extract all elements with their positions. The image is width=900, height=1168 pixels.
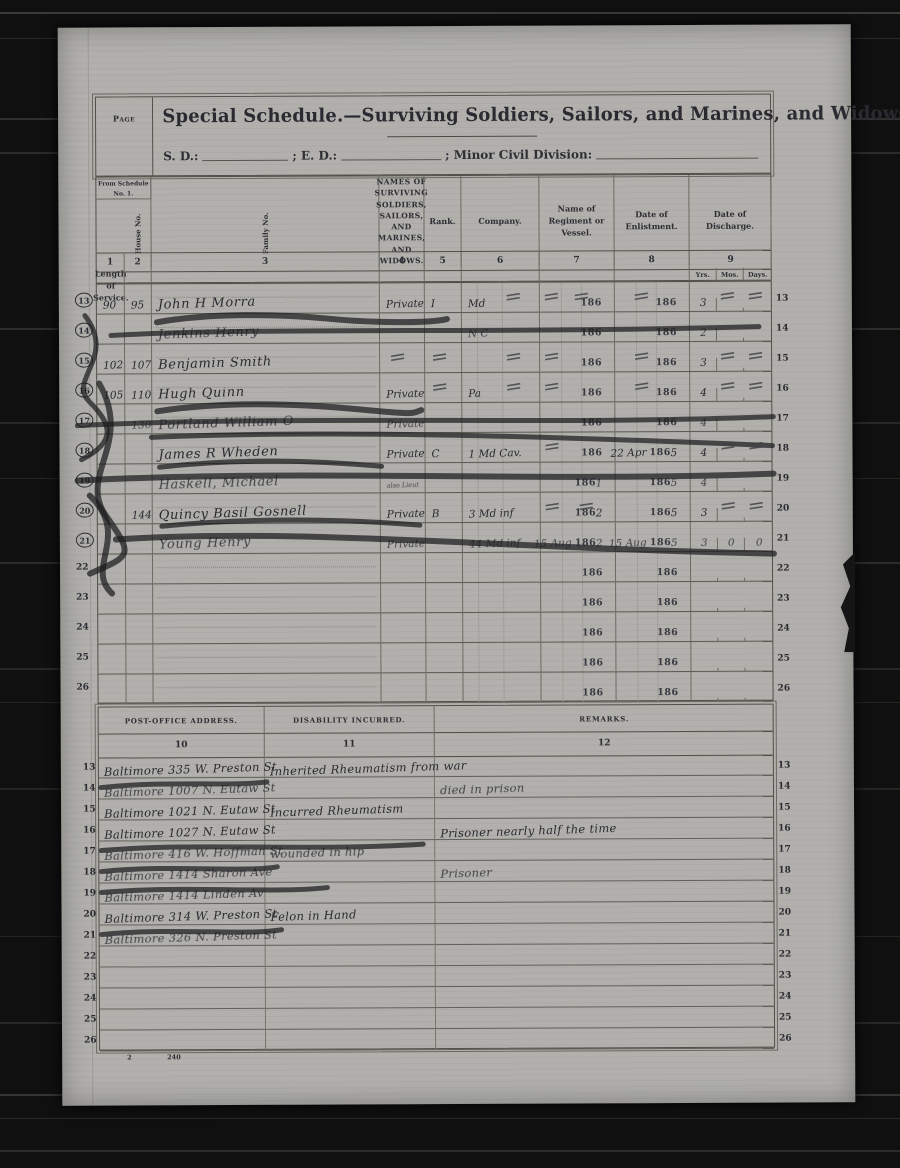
service-mos: [718, 668, 745, 671]
title-area: Special Schedule.—Surviving Soldiers, Sa…: [153, 95, 770, 176]
discharge-handwritten: 15 Aug: [609, 537, 647, 549]
discharge-year-digit: 5: [671, 537, 678, 548]
disability-cell: [265, 819, 435, 840]
disability-cell: [265, 882, 435, 903]
row-number-left-upper: 13: [75, 293, 93, 308]
schedule-row: Young HenryPrivate44 Md inf15 Aug186215 …: [98, 522, 772, 555]
name-cell: Benjamin Smith: [152, 343, 380, 373]
address-row: Baltimore 326 N. Preston St: [100, 923, 774, 947]
form-header-box: Page Special Schedule.—Surviving Soldier…: [95, 94, 771, 177]
schedule-row: Haskell, Michaelalso Lieut186118654: [98, 462, 772, 495]
address-cell: [100, 967, 266, 988]
disability-cell: [265, 777, 435, 798]
paper-tear: [839, 552, 855, 652]
company-cell: [426, 643, 463, 672]
lower-number-cell: 11: [265, 732, 435, 757]
disability-incurred: Incurred Rheumatism: [270, 803, 404, 819]
schedule-note: From Schedule No. 1.: [96, 177, 151, 199]
family-no-cell: 110: [125, 374, 152, 403]
rank-cell: [381, 673, 426, 702]
document-paper: Page Special Schedule.—Surviving Soldier…: [58, 24, 856, 1105]
preprinted-year: 186: [582, 657, 603, 668]
row-number-left-upper: 19: [76, 473, 94, 488]
row-number-right-upper: 13: [776, 294, 789, 304]
row-number-right-upper: 25: [777, 654, 790, 664]
row-number-left-upper: 25: [76, 653, 89, 663]
preprinted-year: 186: [650, 507, 671, 518]
rank-cell: Private: [380, 283, 425, 312]
company-cell: [425, 343, 462, 372]
remarks: Prisoner: [440, 867, 492, 880]
family-no-cell: [126, 464, 153, 493]
post-office-address: Baltimore 1021 N. Eutaw St: [104, 803, 276, 820]
row-number-left-upper: 16: [75, 383, 93, 398]
address-row: Baltimore 1021 N. Eutaw StIncurred Rheum…: [99, 797, 773, 821]
service-yrs: 3: [690, 357, 717, 371]
schedule-row: 186186: [98, 672, 772, 705]
rank: Private: [387, 538, 425, 550]
service-days: [744, 368, 772, 371]
service-days: [745, 458, 773, 461]
row-number-right-upper: 14: [776, 324, 789, 334]
row-number-right-lower: 22: [779, 950, 792, 960]
schedule-row: 102107Benjamin Smith1861863: [97, 342, 771, 375]
service-days-value: 0: [755, 537, 762, 548]
family-no: 130: [131, 420, 151, 431]
title-rule: [387, 136, 537, 140]
post-office-address: Baltimore 1414 Sharon Ave: [104, 866, 273, 883]
regiment-cell: N C: [462, 313, 540, 342]
service-subcolumn: Mos.: [717, 268, 744, 282]
column-number: 5: [440, 256, 446, 266]
family-no-cell: 107: [125, 344, 152, 373]
family-no: 107: [131, 360, 151, 371]
rank-cell: [381, 553, 426, 582]
name-cell: [153, 673, 381, 703]
enlistment-cell: 186: [541, 672, 616, 701]
family-no-cell: [126, 644, 153, 673]
service-cell: 4: [690, 402, 772, 431]
lower-header-cell: DISABILITY INCURRED.: [265, 706, 435, 733]
service-mos: [718, 638, 745, 641]
column-number-cell: 6: [462, 252, 540, 270]
disability-cell: [266, 924, 436, 945]
discharge-cell: 186: [616, 552, 691, 581]
company-cell: [426, 673, 463, 702]
disability-cell: Inherited Rheumatism from war: [265, 756, 435, 777]
row-number-left-lower: 25: [84, 1015, 97, 1025]
regiment: N C: [468, 328, 489, 339]
discharge-cell: 186: [616, 612, 691, 641]
rank: Private: [386, 418, 424, 430]
soldier-name: Benjamin Smith: [158, 355, 272, 372]
preprinted-year: 186: [581, 327, 602, 338]
lower-header-label: DISABILITY INCURRED.: [293, 715, 405, 724]
soldier-name: Young Henry: [159, 536, 251, 552]
regiment: 3 Md inf: [469, 508, 514, 520]
preprinted-year: 186: [656, 387, 677, 398]
row-number-right-upper: 22: [777, 564, 790, 574]
soldier-name: Quincy Basil Gosnell: [159, 505, 307, 523]
name-cell: Quincy Basil Gosnell: [153, 493, 381, 523]
row-number-left-upper: 21: [76, 533, 94, 548]
service-days: [745, 638, 773, 641]
subheader-blank: [125, 270, 152, 284]
rank-cell: [380, 313, 425, 342]
scanned-document-background: Page Special Schedule.—Surviving Soldier…: [0, 0, 900, 1168]
discharge-cell: 1865: [616, 492, 691, 521]
service-days: [745, 578, 773, 581]
service-cell: 300: [691, 522, 773, 551]
house-no: 105: [103, 390, 123, 401]
discharge-cell: 186: [616, 582, 691, 611]
rank-cell: [381, 643, 426, 672]
company-cell: [426, 523, 463, 552]
preprinted-year: 186: [649, 447, 670, 458]
family-no: 144: [132, 510, 152, 521]
discharge-cell: 186: [616, 672, 691, 701]
sd-blank: [202, 150, 288, 161]
rank-cell: Private: [380, 403, 425, 432]
service-yrs-value: 4: [700, 417, 707, 428]
remarks-cell: [435, 797, 774, 818]
remarks-cell: [435, 755, 774, 776]
family-no: 110: [131, 390, 151, 401]
service-mos: [717, 398, 744, 401]
upper-table-rows: 9095John H MorraPrivateIMd1861863Jenkins…: [96, 281, 774, 704]
enlistment-handwritten: 15 Aug: [534, 537, 572, 549]
preprinted-year: 186: [582, 687, 603, 698]
column-number-cell: 7: [540, 251, 615, 269]
enlistment-cell: 15 Aug1862: [541, 522, 616, 551]
row-number-right-lower: 26: [779, 1034, 792, 1044]
row-number-left-lower: 22: [84, 952, 97, 962]
remarks-cell: [436, 986, 775, 1007]
row-number-left-lower: 23: [84, 973, 97, 983]
company-cell: I: [425, 283, 462, 312]
remarks-cell: [436, 1007, 775, 1028]
row-number-left-lower: 16: [83, 826, 96, 836]
regiment-cell: [463, 583, 541, 612]
column-number: 6: [497, 256, 503, 266]
mcd-label: ; Minor Civil Division:: [445, 147, 592, 162]
company-cell: [426, 553, 463, 582]
preprinted-year: 186: [655, 297, 676, 308]
row-number-left-upper: 14: [75, 323, 93, 338]
row-number-left-lower: 19: [83, 889, 96, 899]
house-no-cell: [98, 494, 126, 523]
service-cell: 3: [691, 492, 773, 521]
service-yrs-value: 3: [700, 507, 707, 518]
rank: also Lieut: [387, 482, 420, 490]
disability-cell: [266, 1008, 436, 1029]
preprinted-year: 186: [575, 537, 596, 548]
post-office-address: Baltimore 1414 Linden Av: [104, 887, 264, 904]
column-number: 8: [649, 255, 655, 265]
scan-streak: [0, 1150, 900, 1152]
row-number-left-lower: 20: [84, 910, 97, 920]
regiment-cell: [463, 643, 541, 672]
company-cell: [426, 583, 463, 612]
regiment-cell: [463, 553, 541, 582]
regiment-cell: Md: [462, 283, 540, 312]
page-cell: Page: [96, 97, 153, 175]
house-no-cell: [97, 404, 125, 433]
service-cell: [691, 642, 773, 671]
service-cell: 3: [690, 282, 772, 311]
column-number: 4: [399, 256, 405, 266]
address-cell: [100, 988, 266, 1009]
regiment: 44 Md inf: [469, 538, 521, 550]
scan-streak: [0, 12, 900, 14]
company-cell: [425, 373, 462, 402]
lower-table-rows: Baltimore 335 W. Preston StInherited Rhe…: [99, 755, 774, 1052]
rank-cell: Private: [381, 493, 426, 522]
lower-header-label: POST-OFFICE ADDRESS.: [125, 715, 238, 724]
row-number-right-upper: 21: [777, 534, 790, 544]
schedule-row: 130Portland William OPrivate1861864: [97, 402, 771, 435]
enlistment-year-digit: 2: [596, 538, 603, 549]
regiment-cell: [462, 403, 540, 432]
company: B: [432, 508, 440, 519]
discharge-year-digit: 5: [671, 507, 678, 518]
column-header-label: Name of Regiment or Vessel.: [539, 202, 613, 238]
service-mos: [719, 698, 746, 701]
company-cell: [425, 403, 462, 432]
lower-column-number: 10: [175, 740, 188, 750]
column-header-label: Company.: [474, 215, 525, 227]
preprinted-year: 186: [575, 507, 596, 518]
row-number-right-lower: 21: [779, 929, 792, 939]
regiment: 1 Md Cav.: [468, 447, 521, 459]
service-yrs: 3: [691, 537, 718, 551]
remarks-cell: [435, 881, 774, 902]
company-cell: [426, 463, 463, 492]
service-cell: [691, 552, 773, 581]
column-number-cell: 9: [690, 251, 772, 269]
family-no-cell: [126, 614, 153, 643]
row-number-right-upper: 19: [777, 474, 790, 484]
address-cell: Baltimore 326 N. Preston St: [100, 925, 266, 946]
soldier-name: John H Morra: [158, 296, 256, 312]
row-number-left-upper: 26: [77, 683, 90, 693]
service-yrs: 4: [690, 447, 717, 461]
row-number-right-lower: 24: [779, 992, 792, 1002]
schedule-row: Jenkins HenryN C1861862: [97, 312, 771, 345]
service-mos: [718, 488, 745, 491]
regiment-cell: 1 Md Cav.: [462, 433, 540, 462]
enlistment-cell: 1861: [541, 462, 616, 491]
column-labels: From Schedule No. 1. House No.Family No.…: [96, 175, 770, 253]
discharge-year-digit: 5: [671, 477, 678, 488]
lower-column-number: 11: [343, 739, 356, 749]
service-yrs: [691, 608, 718, 611]
address-cell: Baltimore 416 W. Hoffman St: [99, 841, 265, 862]
family-no-cell: [126, 674, 153, 703]
service-days: [745, 518, 773, 521]
disability-cell: [266, 987, 436, 1008]
service-subcolumn-label: Yrs.: [696, 271, 710, 279]
service-days: [746, 698, 774, 701]
house-no-cell: [98, 554, 126, 583]
company: C: [431, 448, 439, 459]
lower-table: POST-OFFICE ADDRESS.DISABILITY INCURRED.…: [98, 704, 775, 1051]
remarks-cell: Prisoner: [435, 860, 774, 881]
row-number-right-lower: 17: [778, 845, 791, 855]
address-cell: Baltimore 1414 Sharon Ave: [99, 862, 265, 883]
preprinted-year: 186: [580, 297, 601, 308]
post-office-address: Baltimore 314 W. Preston St: [104, 908, 277, 925]
disability-cell: [266, 1029, 436, 1050]
column-number: 9: [728, 255, 734, 265]
enlistment-cell: 186: [540, 402, 615, 431]
address-row: Baltimore 1007 N. Eutaw Stdied in prison: [99, 776, 773, 800]
name-cell: John H Morra: [152, 283, 380, 313]
house-no-cell: 102: [97, 344, 125, 373]
name-cell: James R Wheden: [152, 433, 380, 463]
service-yrs: [691, 578, 718, 581]
soldier-name: Portland William O: [158, 415, 294, 432]
rank-cell: [381, 613, 426, 642]
company-cell: C: [425, 433, 462, 462]
regiment-cell: 44 Md inf: [463, 523, 541, 552]
column-number: 1: [107, 257, 113, 267]
service-days: [744, 398, 772, 401]
regiment-cell: [463, 673, 541, 702]
preprinted-year: 186: [657, 597, 678, 608]
service-yrs-value: 2: [699, 327, 706, 338]
disability-cell: [266, 945, 436, 966]
disability-cell: Incurred Rheumatism: [265, 798, 435, 819]
rank-cell: [380, 343, 425, 372]
service-subcolumn: Yrs.: [690, 268, 717, 282]
preprinted-year: 186: [581, 387, 602, 398]
column-number-cell: 5: [425, 252, 462, 270]
service-yrs: 4: [690, 417, 717, 431]
row-number-left-lower: 18: [83, 868, 96, 878]
service-mos: [717, 308, 744, 311]
service-days: [745, 488, 773, 491]
house-no-cell: [98, 644, 126, 673]
schedule-row: 105110Hugh QuinnPrivatePa1861864: [97, 372, 771, 405]
discharge-cell: 186: [615, 342, 690, 371]
company-cell: [425, 313, 462, 342]
row-number-right-lower: 20: [778, 908, 791, 918]
discharge-cell: 1865: [616, 462, 691, 491]
column-header-label: Rank.: [425, 215, 459, 227]
lower-header-cell: POST-OFFICE ADDRESS.: [99, 707, 265, 734]
name-cell: [153, 553, 381, 583]
preprinted-year: 186: [656, 357, 677, 368]
schedule-row: 186186: [98, 642, 772, 675]
service-yrs-value: 4: [700, 447, 707, 458]
schedule-row: 186186: [98, 612, 772, 645]
discharge-cell: 186: [615, 282, 690, 311]
row-number-right-lower: 16: [778, 824, 791, 834]
post-office-address: Baltimore 335 W. Preston St: [104, 761, 277, 778]
preprinted-year: 186: [650, 537, 671, 548]
schedule-row: 186186: [98, 552, 772, 585]
lower-column-number: 12: [598, 738, 611, 748]
address-row: Baltimore 416 W. Hoffman Stwounded in hi…: [99, 839, 773, 863]
regiment-cell: [463, 463, 541, 492]
discharge-cell: 22 Apr1865: [615, 432, 690, 461]
disability-cell: Felon in Hand: [265, 903, 435, 924]
name-cell: [153, 613, 381, 643]
enlistment-cell: 186: [540, 282, 615, 311]
row-number-right-lower: 14: [778, 782, 791, 792]
row-number-left-lower: 26: [84, 1036, 97, 1046]
mcd-blank: [596, 148, 758, 160]
rank: Private: [386, 298, 424, 310]
remarks: Prisoner nearly half the time: [440, 822, 617, 839]
column-header-label: Family No.: [260, 212, 269, 254]
post-office-address: Baltimore 326 N. Preston St: [104, 929, 277, 946]
family-no-cell: [126, 554, 153, 583]
enlistment-cell: 186: [541, 612, 616, 641]
service-mos: [718, 578, 745, 581]
post-office-address: Baltimore 416 W. Hoffman St: [104, 845, 283, 862]
address-cell: Baltimore 1021 N. Eutaw St: [99, 799, 265, 820]
column-number-cell: 2: [125, 253, 152, 271]
preprinted-year: 186: [582, 597, 603, 608]
service-days: [745, 608, 773, 611]
discharge-cell: 186: [615, 372, 690, 401]
disability-cell: [265, 861, 435, 882]
rank: Private: [386, 448, 424, 460]
preprinted-year: 186: [656, 327, 677, 338]
soldier-name: James R Wheden: [158, 445, 278, 462]
service-yrs: 2: [690, 327, 717, 341]
disability-incurred: Felon in Hand: [270, 909, 356, 923]
house-no-cell: [98, 584, 126, 613]
lower-header-cell: REMARKS.: [435, 705, 774, 732]
service-days: [744, 308, 772, 311]
remarks-cell: [436, 965, 775, 986]
preprinted-year: 186: [650, 477, 671, 488]
address-cell: Baltimore 314 W. Preston St: [99, 904, 265, 925]
ed-label: ; E. D.:: [292, 149, 337, 163]
regiment: Md: [468, 298, 486, 309]
row-number-left-upper: 15: [75, 353, 93, 368]
house-no-cell: [98, 464, 126, 493]
discharge-handwritten: 22 Apr: [610, 447, 646, 459]
family-no-cell: [126, 584, 153, 613]
service-cell: [691, 582, 773, 611]
address-row: Baltimore 1414 Sharon AvePrisoner: [99, 860, 773, 884]
enlistment-cell: 186: [540, 432, 615, 461]
rank-cell: Private: [380, 433, 425, 462]
schedule-row: James R WhedenPrivateC1 Md Cav.18622 Apr…: [97, 432, 771, 465]
row-number-left-lower: 21: [84, 931, 97, 941]
address-cell: [100, 1030, 266, 1051]
page-label: Page: [113, 113, 135, 123]
name-cell: Portland William O: [152, 403, 380, 433]
rank: Private: [386, 388, 424, 400]
enlistment-cell: 186: [540, 342, 615, 371]
column-number-cell: 4: [380, 252, 425, 270]
column-number: 7: [574, 255, 580, 265]
rank-cell: Private: [380, 373, 425, 402]
form-title: Special Schedule.—Surviving Soldiers, Sa…: [162, 104, 761, 128]
address-row: Baltimore 335 W. Preston StInherited Rhe…: [99, 755, 773, 779]
name-cell: [153, 643, 381, 673]
family-no-cell: [125, 314, 152, 343]
schedule-row: 186186: [98, 582, 772, 615]
service-mos: [718, 458, 745, 461]
remarks-cell: [436, 1028, 775, 1049]
service-mos-value: 0: [727, 537, 734, 548]
